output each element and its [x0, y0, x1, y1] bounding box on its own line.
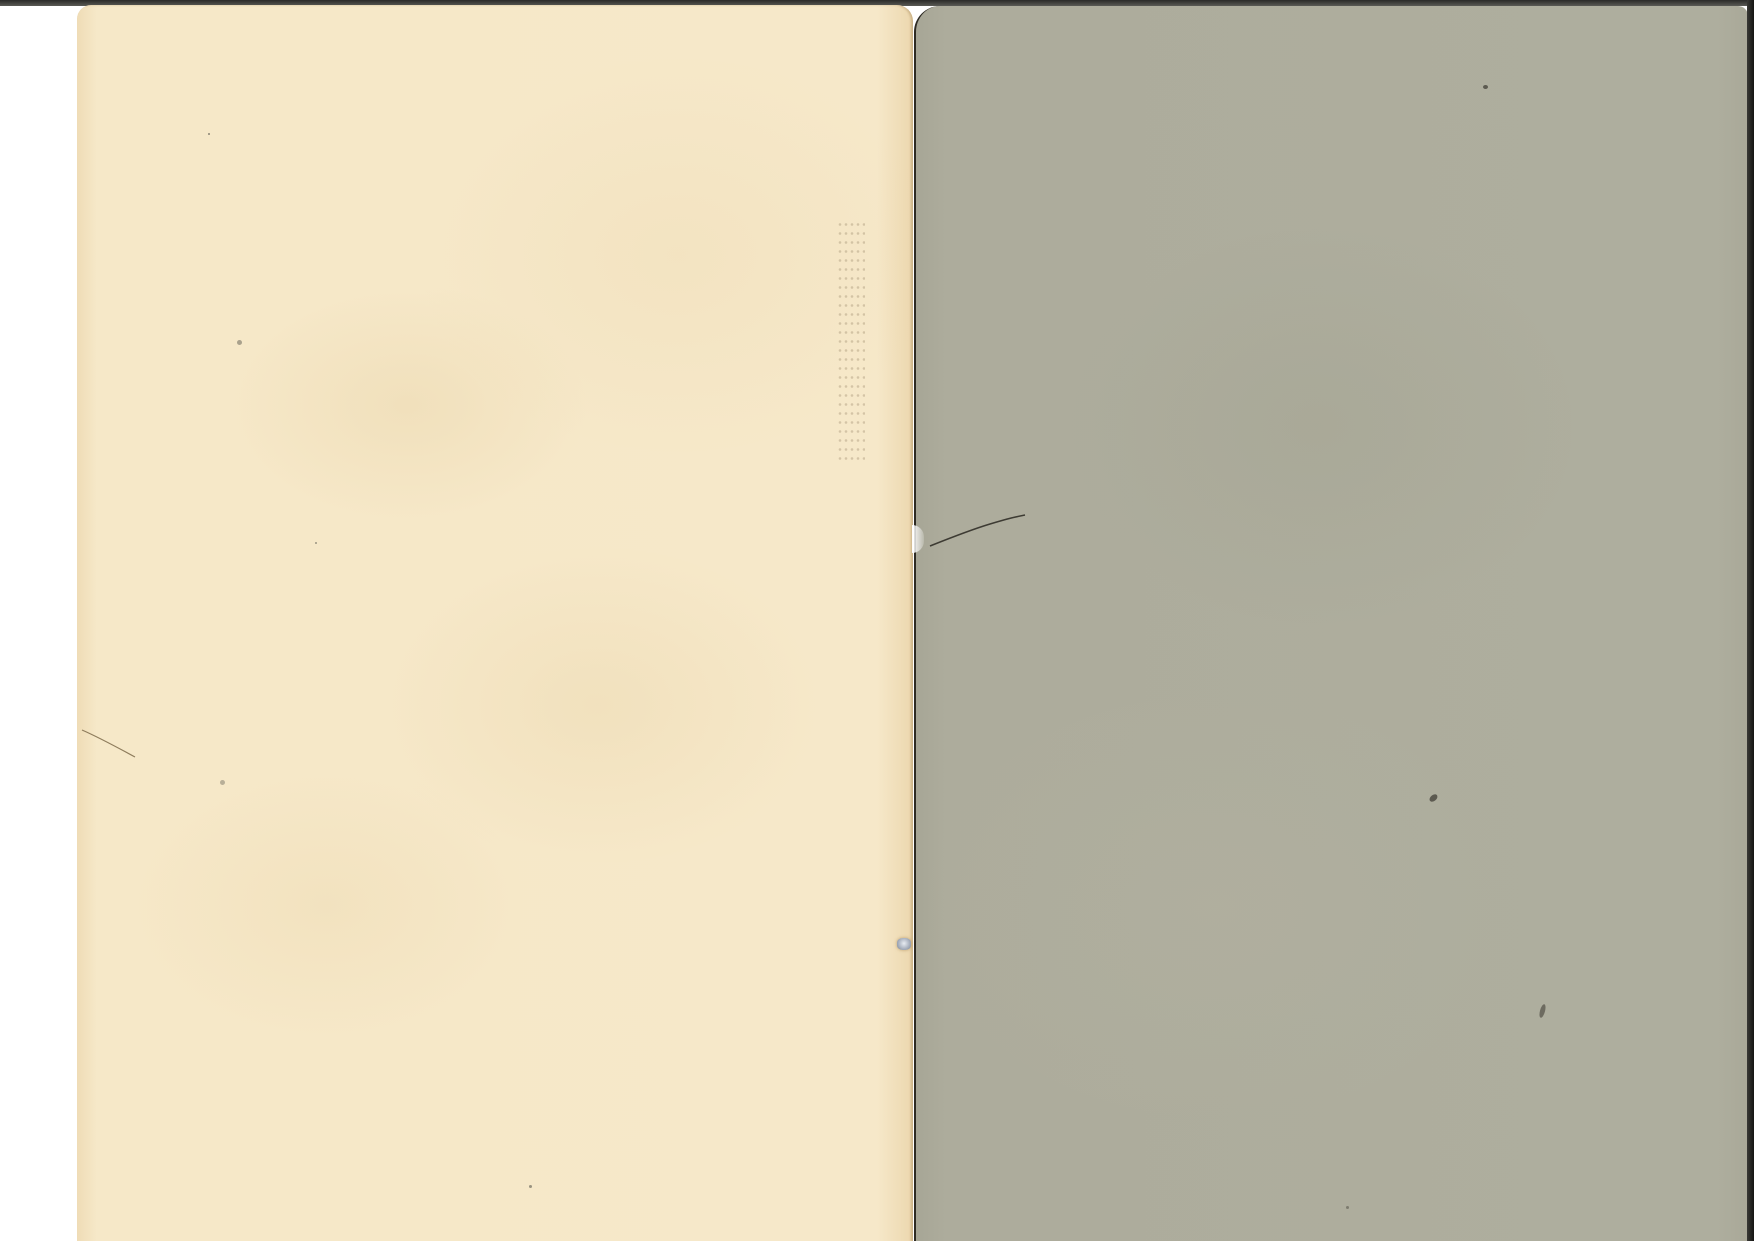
speck [208, 133, 210, 135]
speck [1483, 85, 1488, 89]
staple [897, 938, 911, 950]
left-page [77, 5, 913, 1241]
right-page [914, 6, 1748, 1241]
speck [529, 1185, 532, 1188]
speck [1346, 1206, 1349, 1209]
speck [315, 542, 317, 544]
speck [237, 340, 242, 345]
speck [220, 780, 225, 785]
scanned-spread [0, 0, 1754, 1241]
speck [1538, 1004, 1546, 1019]
speck [1428, 793, 1439, 803]
bleed-through-marks [837, 220, 865, 460]
scanner-right-edge [1747, 0, 1754, 1241]
